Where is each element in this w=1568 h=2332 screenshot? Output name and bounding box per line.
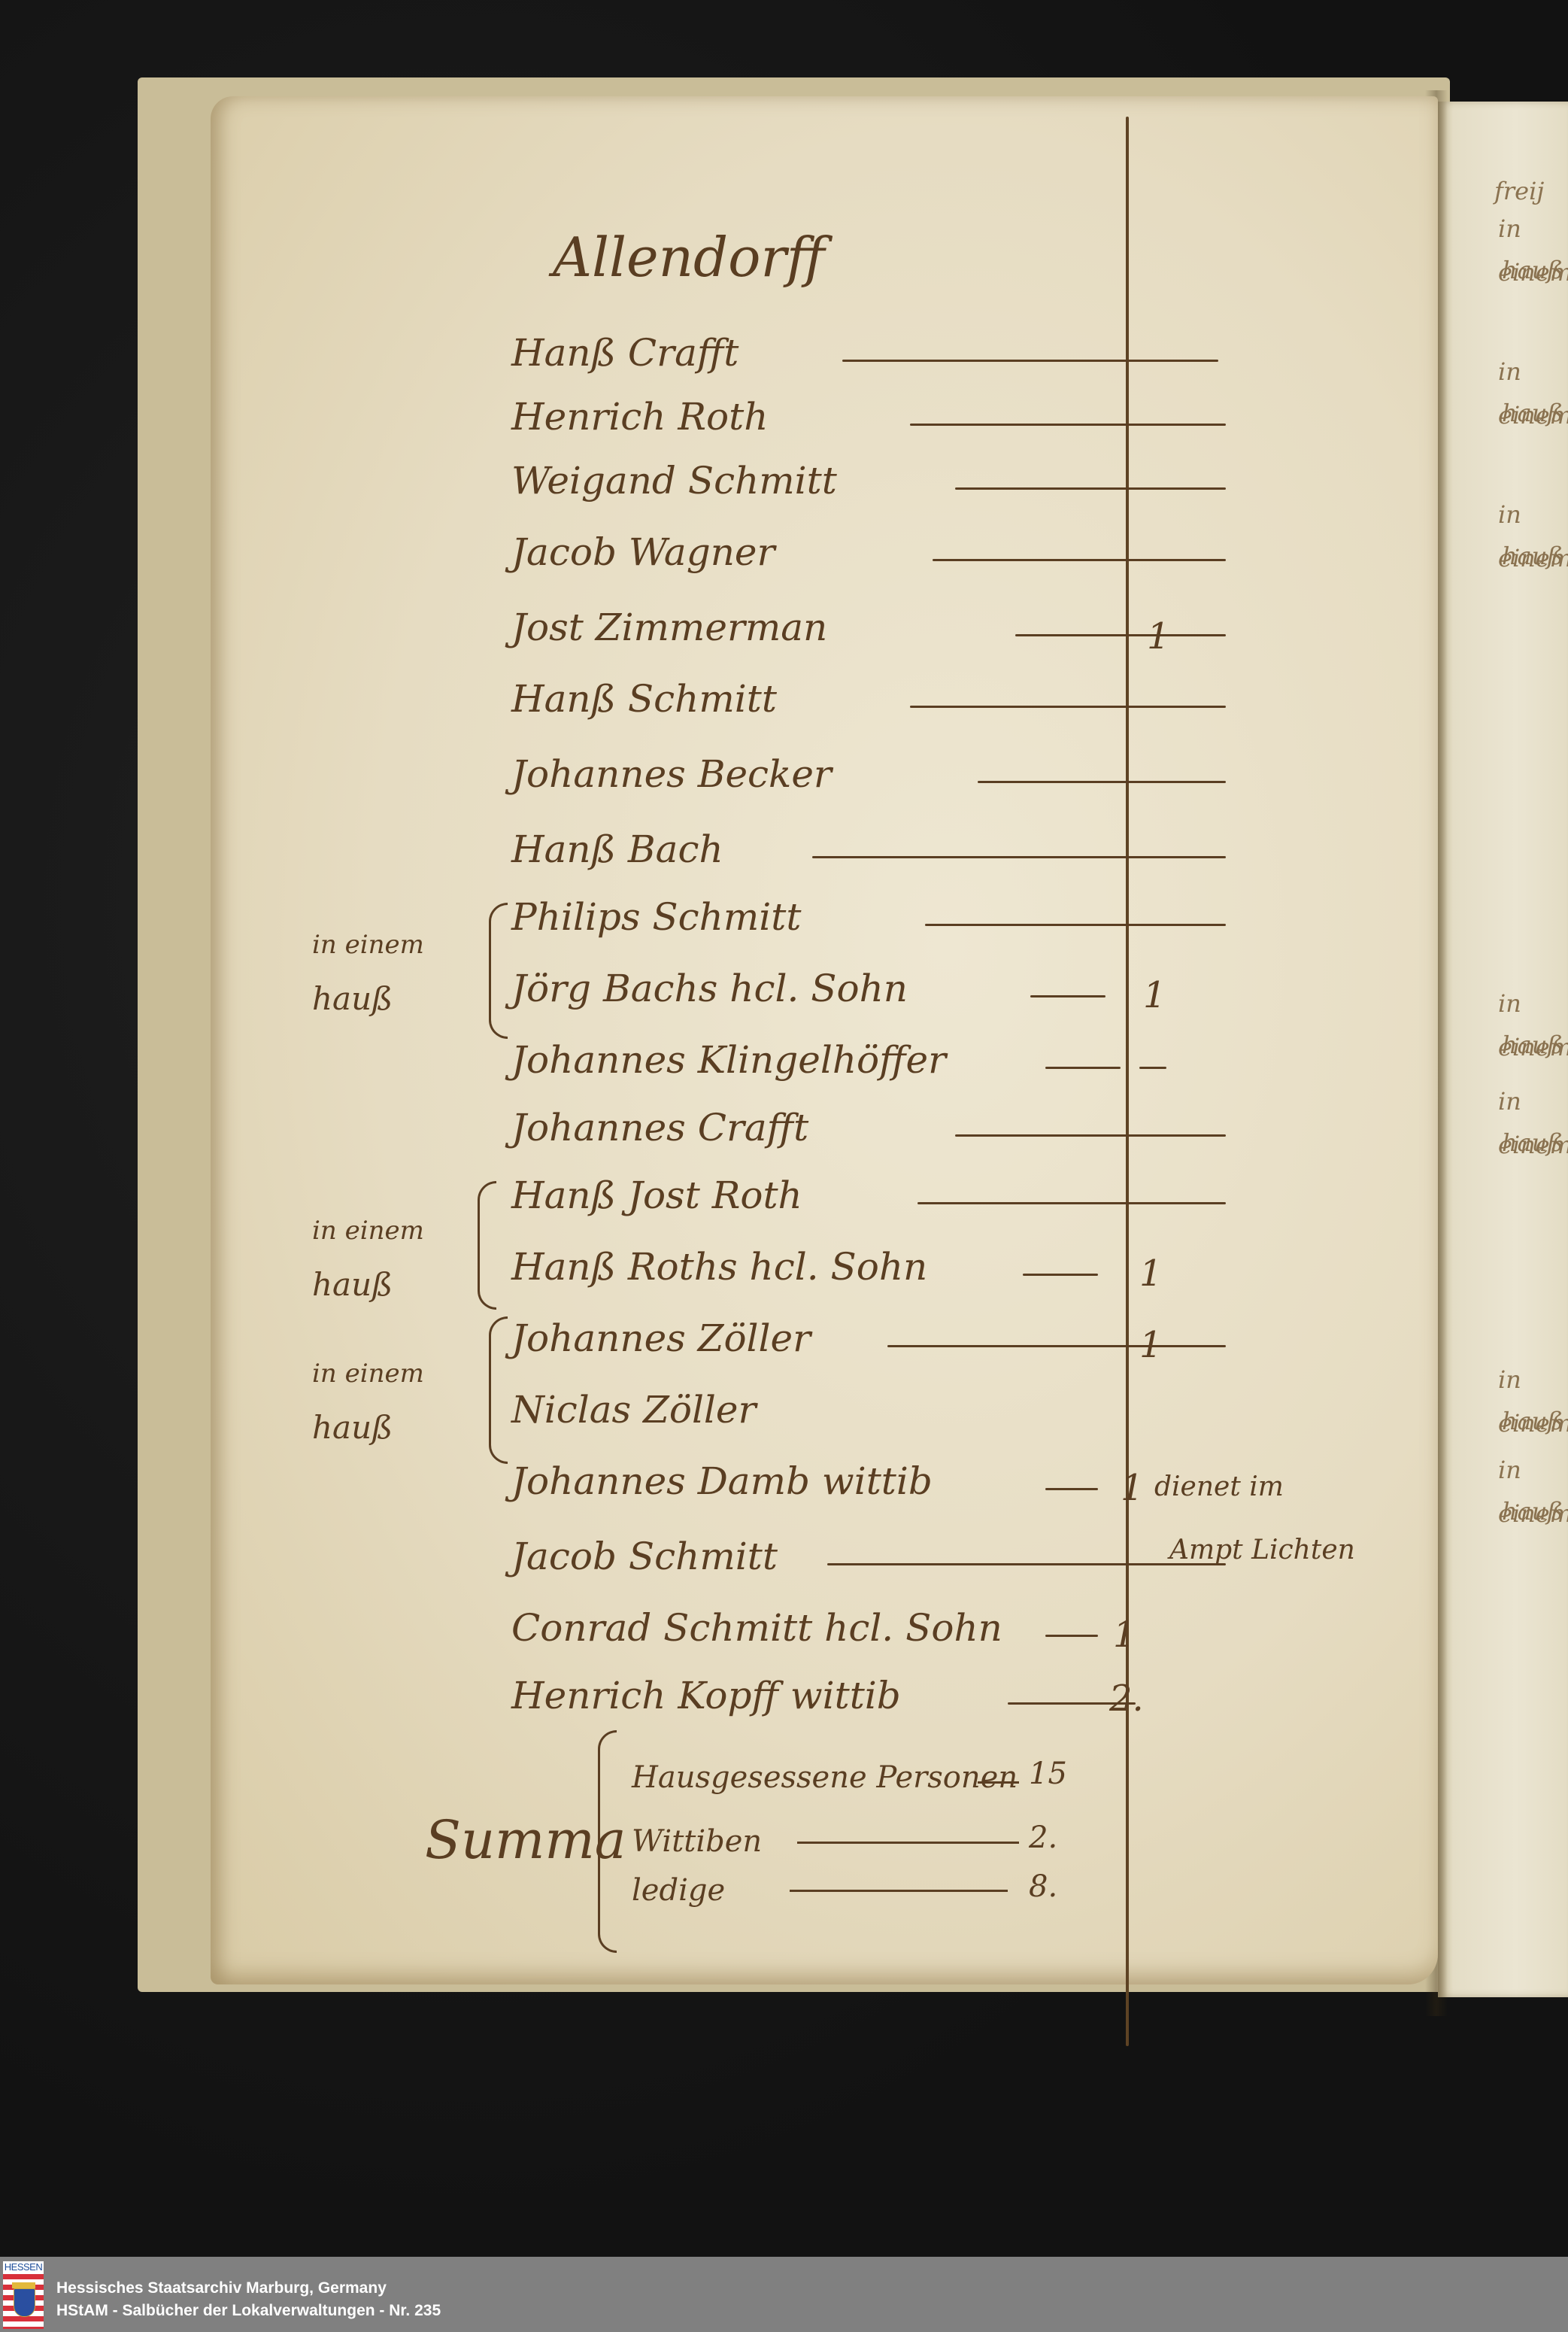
facing-fragment: hauß: [1502, 1489, 1563, 1533]
entry-name: Philips Schmitt: [511, 895, 801, 939]
entry-name: Johannes Klingelhöffer: [511, 1038, 946, 1082]
entry-name: Hanß Crafft: [511, 331, 739, 375]
facing-fragment: hauß: [1502, 1399, 1563, 1443]
filler-line: [1045, 1488, 1098, 1490]
filler-line: [1023, 1274, 1098, 1276]
entry-name: Johannes Crafft: [511, 1106, 808, 1149]
entry-name: Henrich Kopff wittib: [511, 1674, 901, 1717]
tally-dash: [1139, 360, 1166, 362]
tally-dash: [1139, 856, 1166, 858]
column-rule: [1126, 117, 1129, 2046]
tally-dash: [1139, 487, 1166, 490]
entry-name: Jacob Schmitt: [511, 1535, 778, 1578]
entry-name: Jost Zimmerman: [511, 606, 827, 649]
entry-name: Henrich Roth: [511, 395, 768, 439]
tally-dash: [1139, 1134, 1166, 1137]
tally-value: 1: [1139, 1253, 1163, 1295]
tally-dash: [1139, 924, 1166, 926]
filler-line: [1030, 995, 1105, 997]
hessen-logo: HESSEN: [3, 2261, 44, 2329]
tally-value: 1: [1121, 1467, 1144, 1509]
entry-name: Jacob Wagner: [511, 530, 775, 574]
tally-dash: [1139, 1067, 1166, 1069]
summa-row-value: 15: [1029, 1757, 1067, 1791]
summa-row-value: 2.: [1029, 1820, 1057, 1855]
brace: [489, 1316, 508, 1464]
filler-line: [955, 487, 1226, 490]
entry-name: Niclas Zöller: [511, 1388, 756, 1432]
filler-line: [790, 1890, 1008, 1892]
summa-label: Summa: [425, 1809, 626, 1871]
tally-value: 1: [1139, 1324, 1163, 1366]
facing-fragment: hauß: [1502, 248, 1563, 292]
tally-dash: [1139, 424, 1166, 426]
entry-name: Hanß Roths hcl. Sohn: [511, 1245, 927, 1289]
entry-name: Jörg Bachs hcl. Sohn: [511, 967, 908, 1010]
entry-name: Hanß Schmitt: [511, 677, 777, 721]
tally-dash: [1139, 1202, 1166, 1204]
filler-line: [887, 1345, 1226, 1347]
summa-row-label: ledige: [632, 1873, 725, 1908]
margin-note: in einem hauß: [312, 1347, 424, 1455]
logo-wordmark: HESSEN: [3, 2261, 44, 2273]
summa-row-value: 8.: [1029, 1869, 1057, 1904]
facing-page: freij in einem hauß in einem hauß in ein…: [1438, 102, 1568, 1997]
filler-line: [797, 1842, 1019, 1844]
facing-fragment: hauß: [1502, 1121, 1563, 1164]
remark-note: dienet im Ampt Lichten: [1154, 1456, 1355, 1582]
margin-note: in einem hauß: [312, 918, 424, 1026]
summa-row-label: Hausgesessene Personen: [632, 1760, 1018, 1795]
filler-line: [955, 1134, 1226, 1137]
filler-line: [917, 1202, 1226, 1204]
filler-line: [978, 1781, 1019, 1784]
tally-dash: [1139, 706, 1166, 708]
entry-name: Hanß Jost Roth: [511, 1174, 802, 1217]
entry-name: Johannes Damb wittib: [511, 1459, 933, 1503]
summa-brace: [598, 1730, 617, 1953]
archive-name: Hessisches Staatsarchiv Marburg, Germany: [56, 2279, 387, 2297]
tally-value: 1: [1147, 615, 1170, 657]
filler-line: [910, 424, 1226, 426]
entry-name: Johannes Becker: [511, 752, 832, 796]
filler-line: [933, 559, 1226, 561]
tally-dash: [1139, 781, 1166, 783]
tally-dash: [1105, 1563, 1133, 1565]
entry-name: Hanß Bach: [511, 827, 723, 871]
facing-fragment: hauß: [1502, 391, 1563, 435]
entry-name: Weigand Schmitt: [511, 459, 837, 503]
filler-line: [1045, 1067, 1121, 1069]
margin-note: in einem hauß: [312, 1204, 424, 1312]
tally-value: 1: [1113, 1614, 1136, 1656]
filler-line: [1045, 1635, 1098, 1637]
entry-name: Conrad Schmitt hcl. Sohn: [511, 1606, 1002, 1650]
tally-dash: [1139, 559, 1166, 561]
tally-value: 2.: [1109, 1678, 1144, 1720]
facing-fragment: hauß: [1502, 534, 1563, 578]
brace: [489, 903, 508, 1039]
archive-footer: HESSEN Hessisches Staatsarchiv Marburg, …: [0, 2257, 1568, 2332]
filler-line: [910, 706, 1226, 708]
filler-line: [978, 781, 1226, 783]
filler-line: [1015, 634, 1226, 636]
page-heading-place-name: Allendorff: [553, 226, 825, 289]
summa-row-label: Wittiben: [632, 1824, 762, 1859]
facing-fragment: hauß: [1502, 1023, 1563, 1067]
brace: [478, 1181, 496, 1310]
lion-shield-icon: [14, 2288, 35, 2317]
collection-reference: HStAM - Salbücher der Lokalverwaltungen …: [56, 2302, 441, 2320]
filler-line: [925, 924, 1226, 926]
entry-name: Johannes Zöller: [511, 1316, 811, 1360]
tally-value: 1: [1143, 974, 1166, 1016]
crown-icon: [12, 2282, 35, 2288]
